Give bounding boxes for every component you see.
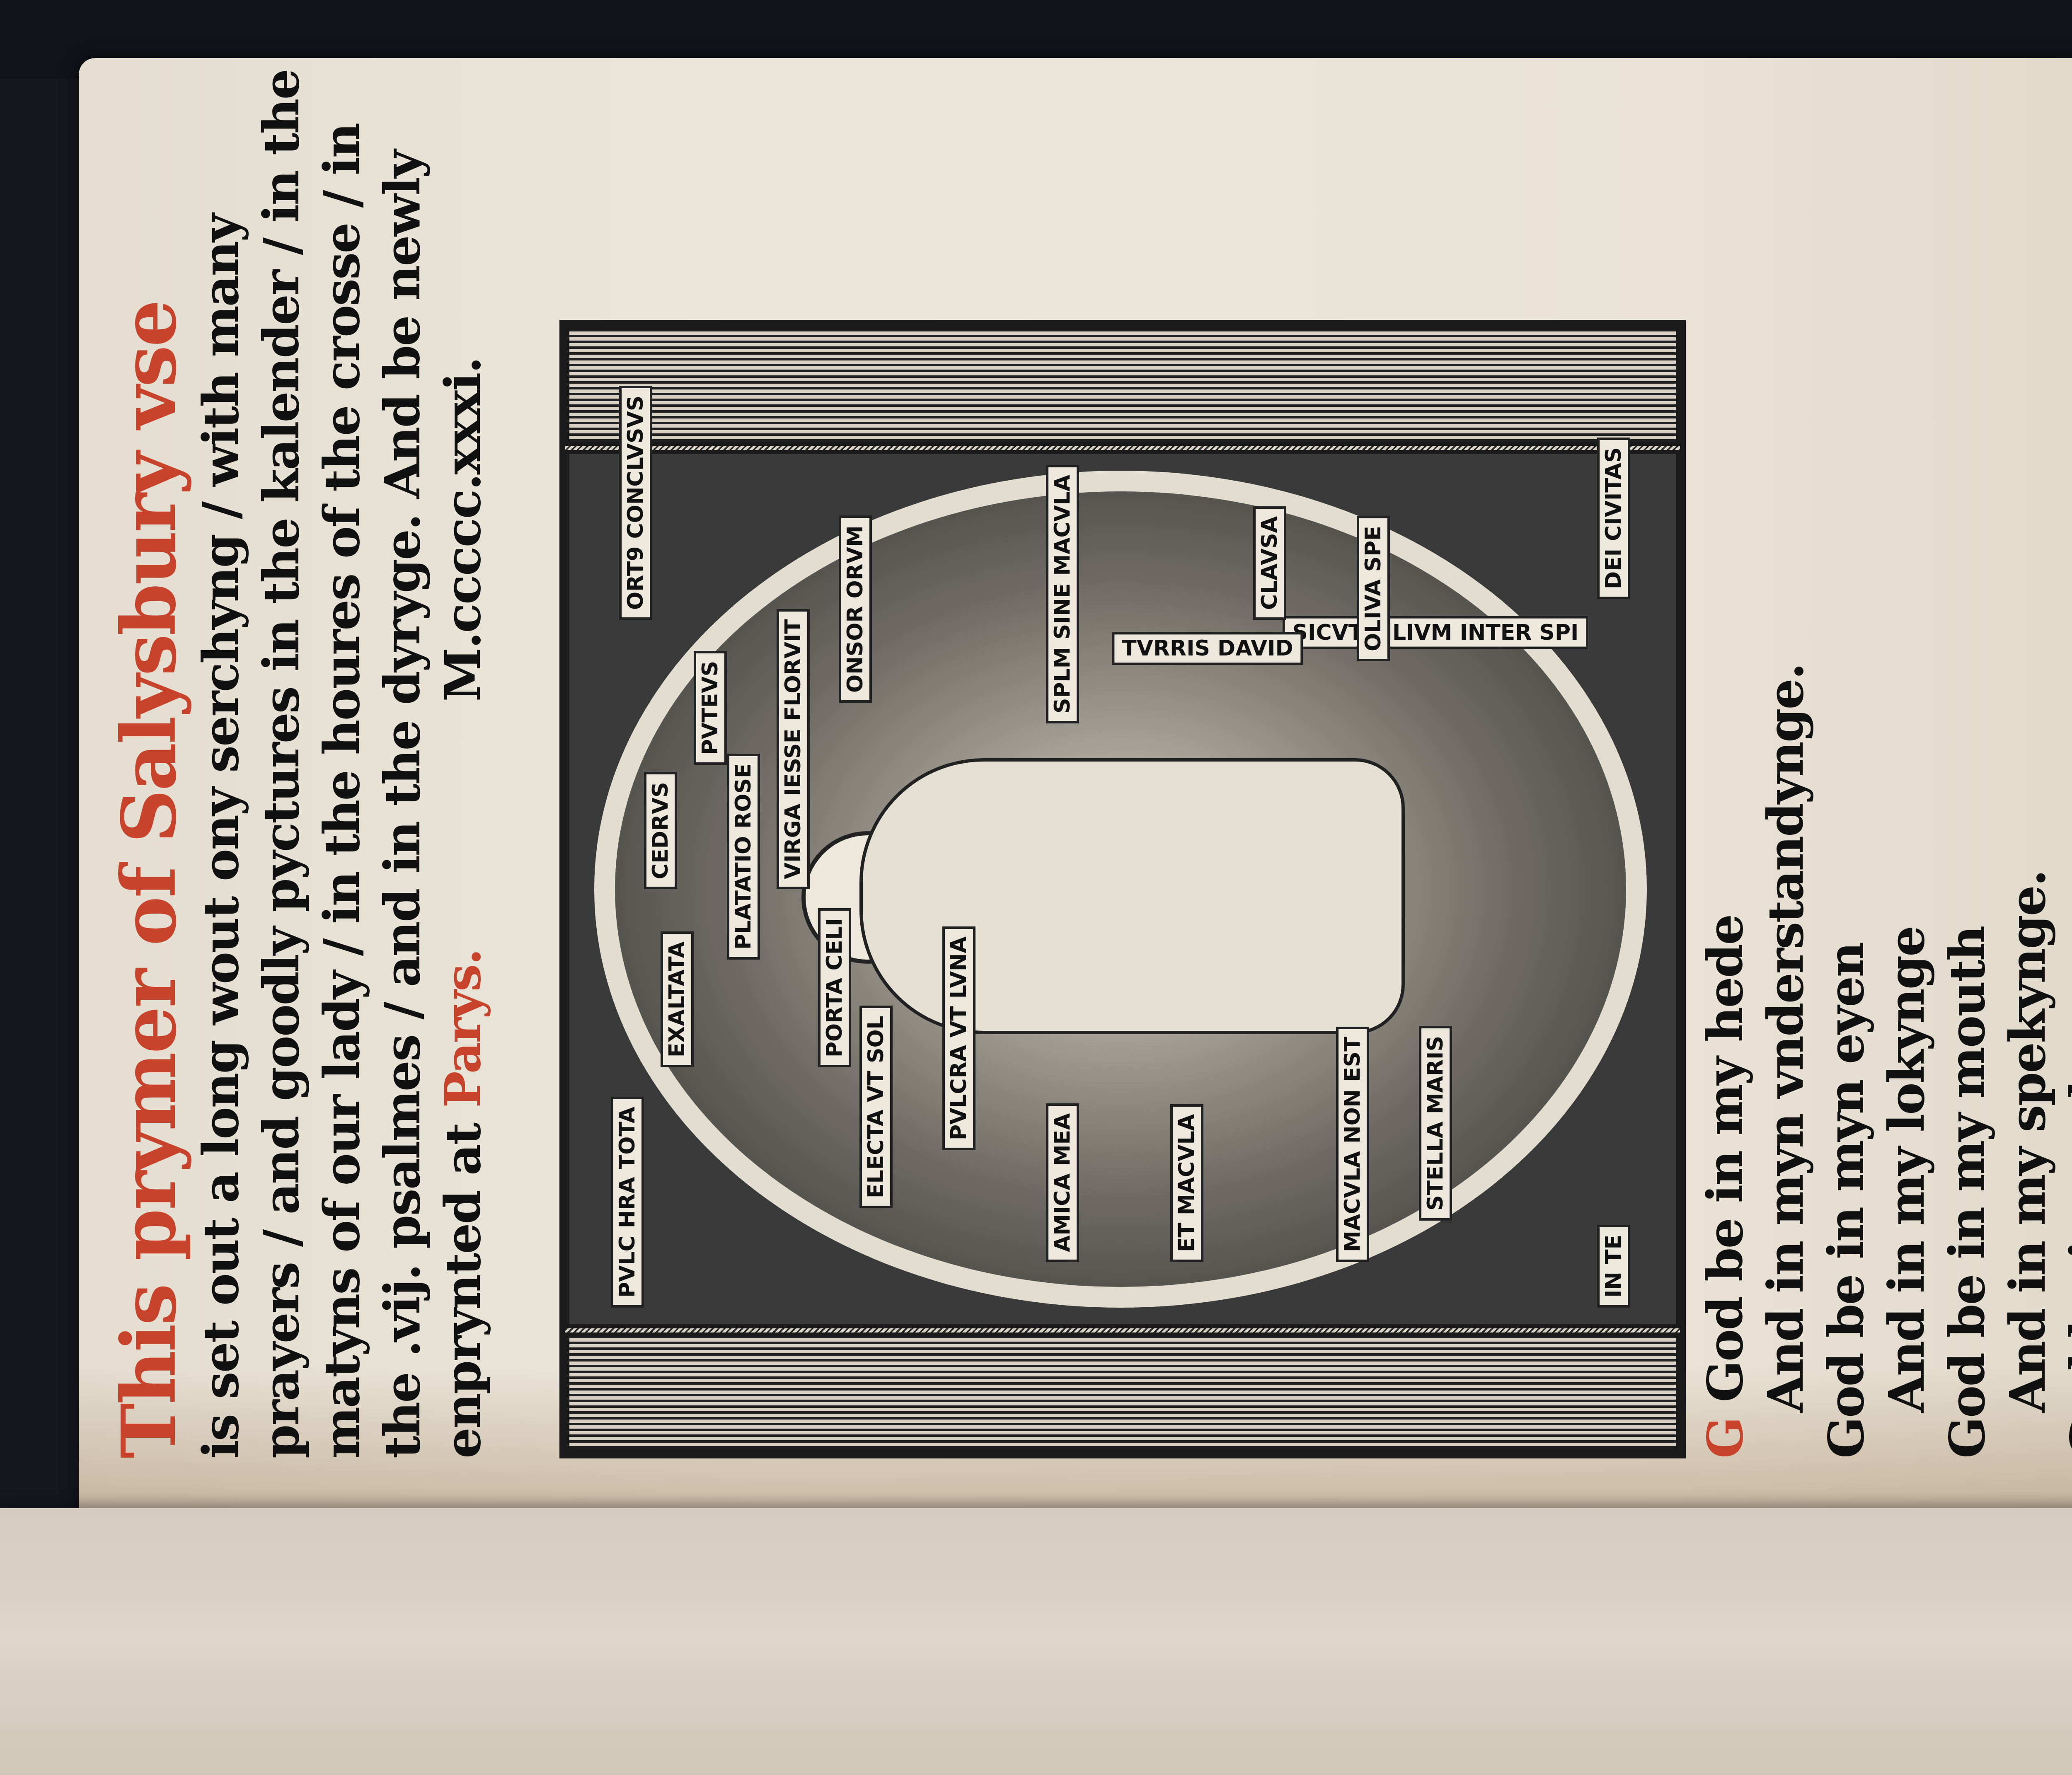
woodcut-medallion: IN TE DEI CIVITAS SICVT LILIVM INTER SPI…	[565, 450, 1680, 1328]
poem-line: G God be in my hede	[1695, 664, 1755, 1458]
poem-line: God be in my mouth	[1937, 664, 1997, 1458]
imprint-place: Parys.	[434, 950, 491, 1108]
banner: PORTA CELI	[818, 908, 851, 1067]
poem-line: God be in myn eyen	[1816, 664, 1876, 1458]
banner: ET MACVLA	[1170, 1104, 1203, 1262]
banner: PVTEVS	[694, 651, 727, 765]
banner: STELLA MARIS	[1419, 1026, 1452, 1221]
rotated-page-content: This prymer of Salysbury vse is set out …	[108, 133, 2072, 1458]
heading-line-4: the .vij. psalmes / and in the dyryge. A…	[372, 133, 433, 1458]
banner: EXALTATA	[661, 931, 694, 1067]
poem-god-be-in-my-head: G God be in my hede And in myn vnderstan…	[1695, 664, 2072, 1458]
banner: AMICA MEA	[1046, 1103, 1079, 1262]
banner: TVRRIS DAVID	[1112, 632, 1303, 665]
heading-line-3: matyns of our lady / in the houres of th…	[312, 133, 372, 1458]
rubric-initial: G	[1696, 1418, 1754, 1458]
banner: CEDRVS	[644, 772, 677, 889]
heading-line-5: enprynted at Parys. M.ccccc.xxxi.	[433, 133, 493, 1458]
imprint-date: M.ccccc.xxxi.	[434, 358, 491, 702]
poem-line: God be in my herte	[2058, 664, 2072, 1458]
poem-line: And in my lokynge	[1876, 664, 1937, 1458]
poem-line: And in myn vnderstandynge.	[1755, 664, 1816, 1458]
heading-line-1: is set out a long wout ony serchyng / wi…	[191, 133, 251, 1458]
banner: ORT9 CONCLVSVS	[619, 386, 652, 620]
imprint-text: enprynted at	[434, 1124, 491, 1458]
banner: OLIVA SPE	[1357, 516, 1390, 661]
banner: PVLCRA VT LVNA	[942, 926, 975, 1150]
ornamental-column-right	[565, 326, 1680, 446]
banner: SPLM SINE MACVLA	[1046, 465, 1079, 723]
banner: SICVT LILIVM INTER SPI	[1283, 616, 1589, 649]
banner: IN TE	[1597, 1225, 1630, 1308]
heading-block: This prymer of Salysbury vse is set out …	[108, 133, 493, 1458]
virgin-figure	[859, 758, 1405, 1034]
ornamental-column-left	[565, 1332, 1680, 1453]
poem-line: And in my spekynge.	[1997, 664, 2058, 1458]
woodcut-virgin-immaculate: IN TE DEI CIVITAS SICVT LILIVM INTER SPI…	[559, 320, 1686, 1458]
banner: PLATATIO ROSE	[727, 754, 760, 960]
banner: ONSOR ORVM	[839, 515, 872, 703]
banner: PVLC HRA TOTA	[611, 1097, 644, 1308]
title: This prymer of Salysbury vse	[108, 133, 191, 1458]
facing-page	[0, 1508, 2072, 1775]
banner: VIRGA IESSE FLORVIT	[777, 609, 810, 889]
banner: CLAVSA	[1253, 506, 1286, 620]
banner: ELECTA VT SOL	[859, 1006, 893, 1208]
heading-line-2: prayers / and goodly pyctures in the kal…	[251, 133, 312, 1458]
banner: MACVLA NON EST	[1336, 1027, 1369, 1262]
banner: DEI CIVITAS	[1597, 438, 1630, 599]
